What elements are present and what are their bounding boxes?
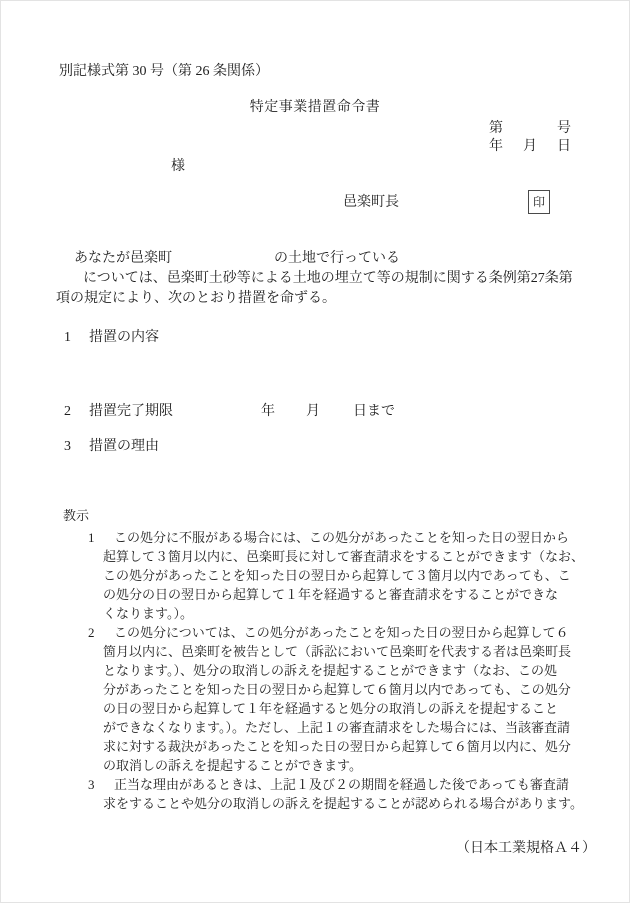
instructions-heading: 教示 [63,506,608,525]
addressee-honorific: 様 [171,157,185,176]
jis-standard-note: （日本工業規格Ａ４） [456,839,596,858]
item-number: 1 [64,328,71,347]
item-number: 3 [64,437,71,456]
instruction-text: 正当な理由があるときは、上記１及び２の期間を経過した後であっても審査請 求をする… [103,775,608,813]
seal-label: 印 [533,196,545,208]
instructions-section: 教示 1 この処分に不服がある場合には、この処分があったことを知った日の翌日から… [63,506,608,813]
item-label: 措置の内容 [89,328,159,347]
date-month-label: 月 [523,137,537,156]
instruction-item-1: 1 この処分に不服がある場合には、この処分があったことを知った日の翌日から 起算… [103,528,608,623]
date-line: 年 月 日 [489,137,571,156]
item-measure-content: 1 措置の内容 [1,328,629,347]
item-number: 2 [64,402,71,421]
opening-line-post: の土地で行っている [274,249,400,268]
opening-line-pre: あなたが邑楽町 [74,249,172,268]
opening-line-1: あなたが邑楽町 の土地で行っている [1,249,629,268]
form-reference: 別記様式第 30 号（第 26 条関係） [59,62,269,81]
instruction-number: 3 [88,775,95,794]
instruction-number: 1 [88,528,95,547]
doc-number-suffix: 号 [557,119,571,138]
issuer-title: 邑楽町長 [343,193,399,212]
document-page: 別記様式第 30 号（第 26 条関係） 特定事業措置命令書 第 号 年 月 日… [0,0,630,903]
doc-number-line: 第 号 [489,119,571,138]
opening-line-3: 項の規定により、次のとおり措置を命ずる。 [56,289,336,308]
date-year-label: 年 [489,137,503,156]
deadline-month-label: 月 [306,402,320,421]
item-label: 措置完了期限 [89,402,173,421]
item-measure-deadline: 2 措置完了期限 年 月 日まで [1,402,629,421]
instruction-item-3: 3 正当な理由があるときは、上記１及び２の期間を経過した後であっても審査請 求を… [103,775,608,813]
instruction-text: この処分については、この処分があったことを知った日の翌日から起算して６ 箇月以内… [103,623,608,775]
instruction-number: 2 [88,623,95,642]
item-label: 措置の理由 [89,437,159,456]
date-day-label: 日 [557,137,571,156]
instruction-item-2: 2 この処分については、この処分があったことを知った日の翌日から起算して６ 箇月… [103,623,608,775]
instruction-text: この処分に不服がある場合には、この処分があったことを知った日の翌日から 起算して… [103,528,608,623]
item-measure-reason: 3 措置の理由 [1,437,629,456]
deadline-year-label: 年 [261,402,275,421]
opening-line-2: については、邑楽町土砂等による土地の埋立て等の規制に関する条例第27条第 [83,269,573,288]
document-title: 特定事業措置命令書 [1,98,629,117]
doc-number-prefix: 第 [489,119,503,138]
seal-box: 印 [528,190,550,214]
deadline-day-label: 日まで [353,402,395,421]
